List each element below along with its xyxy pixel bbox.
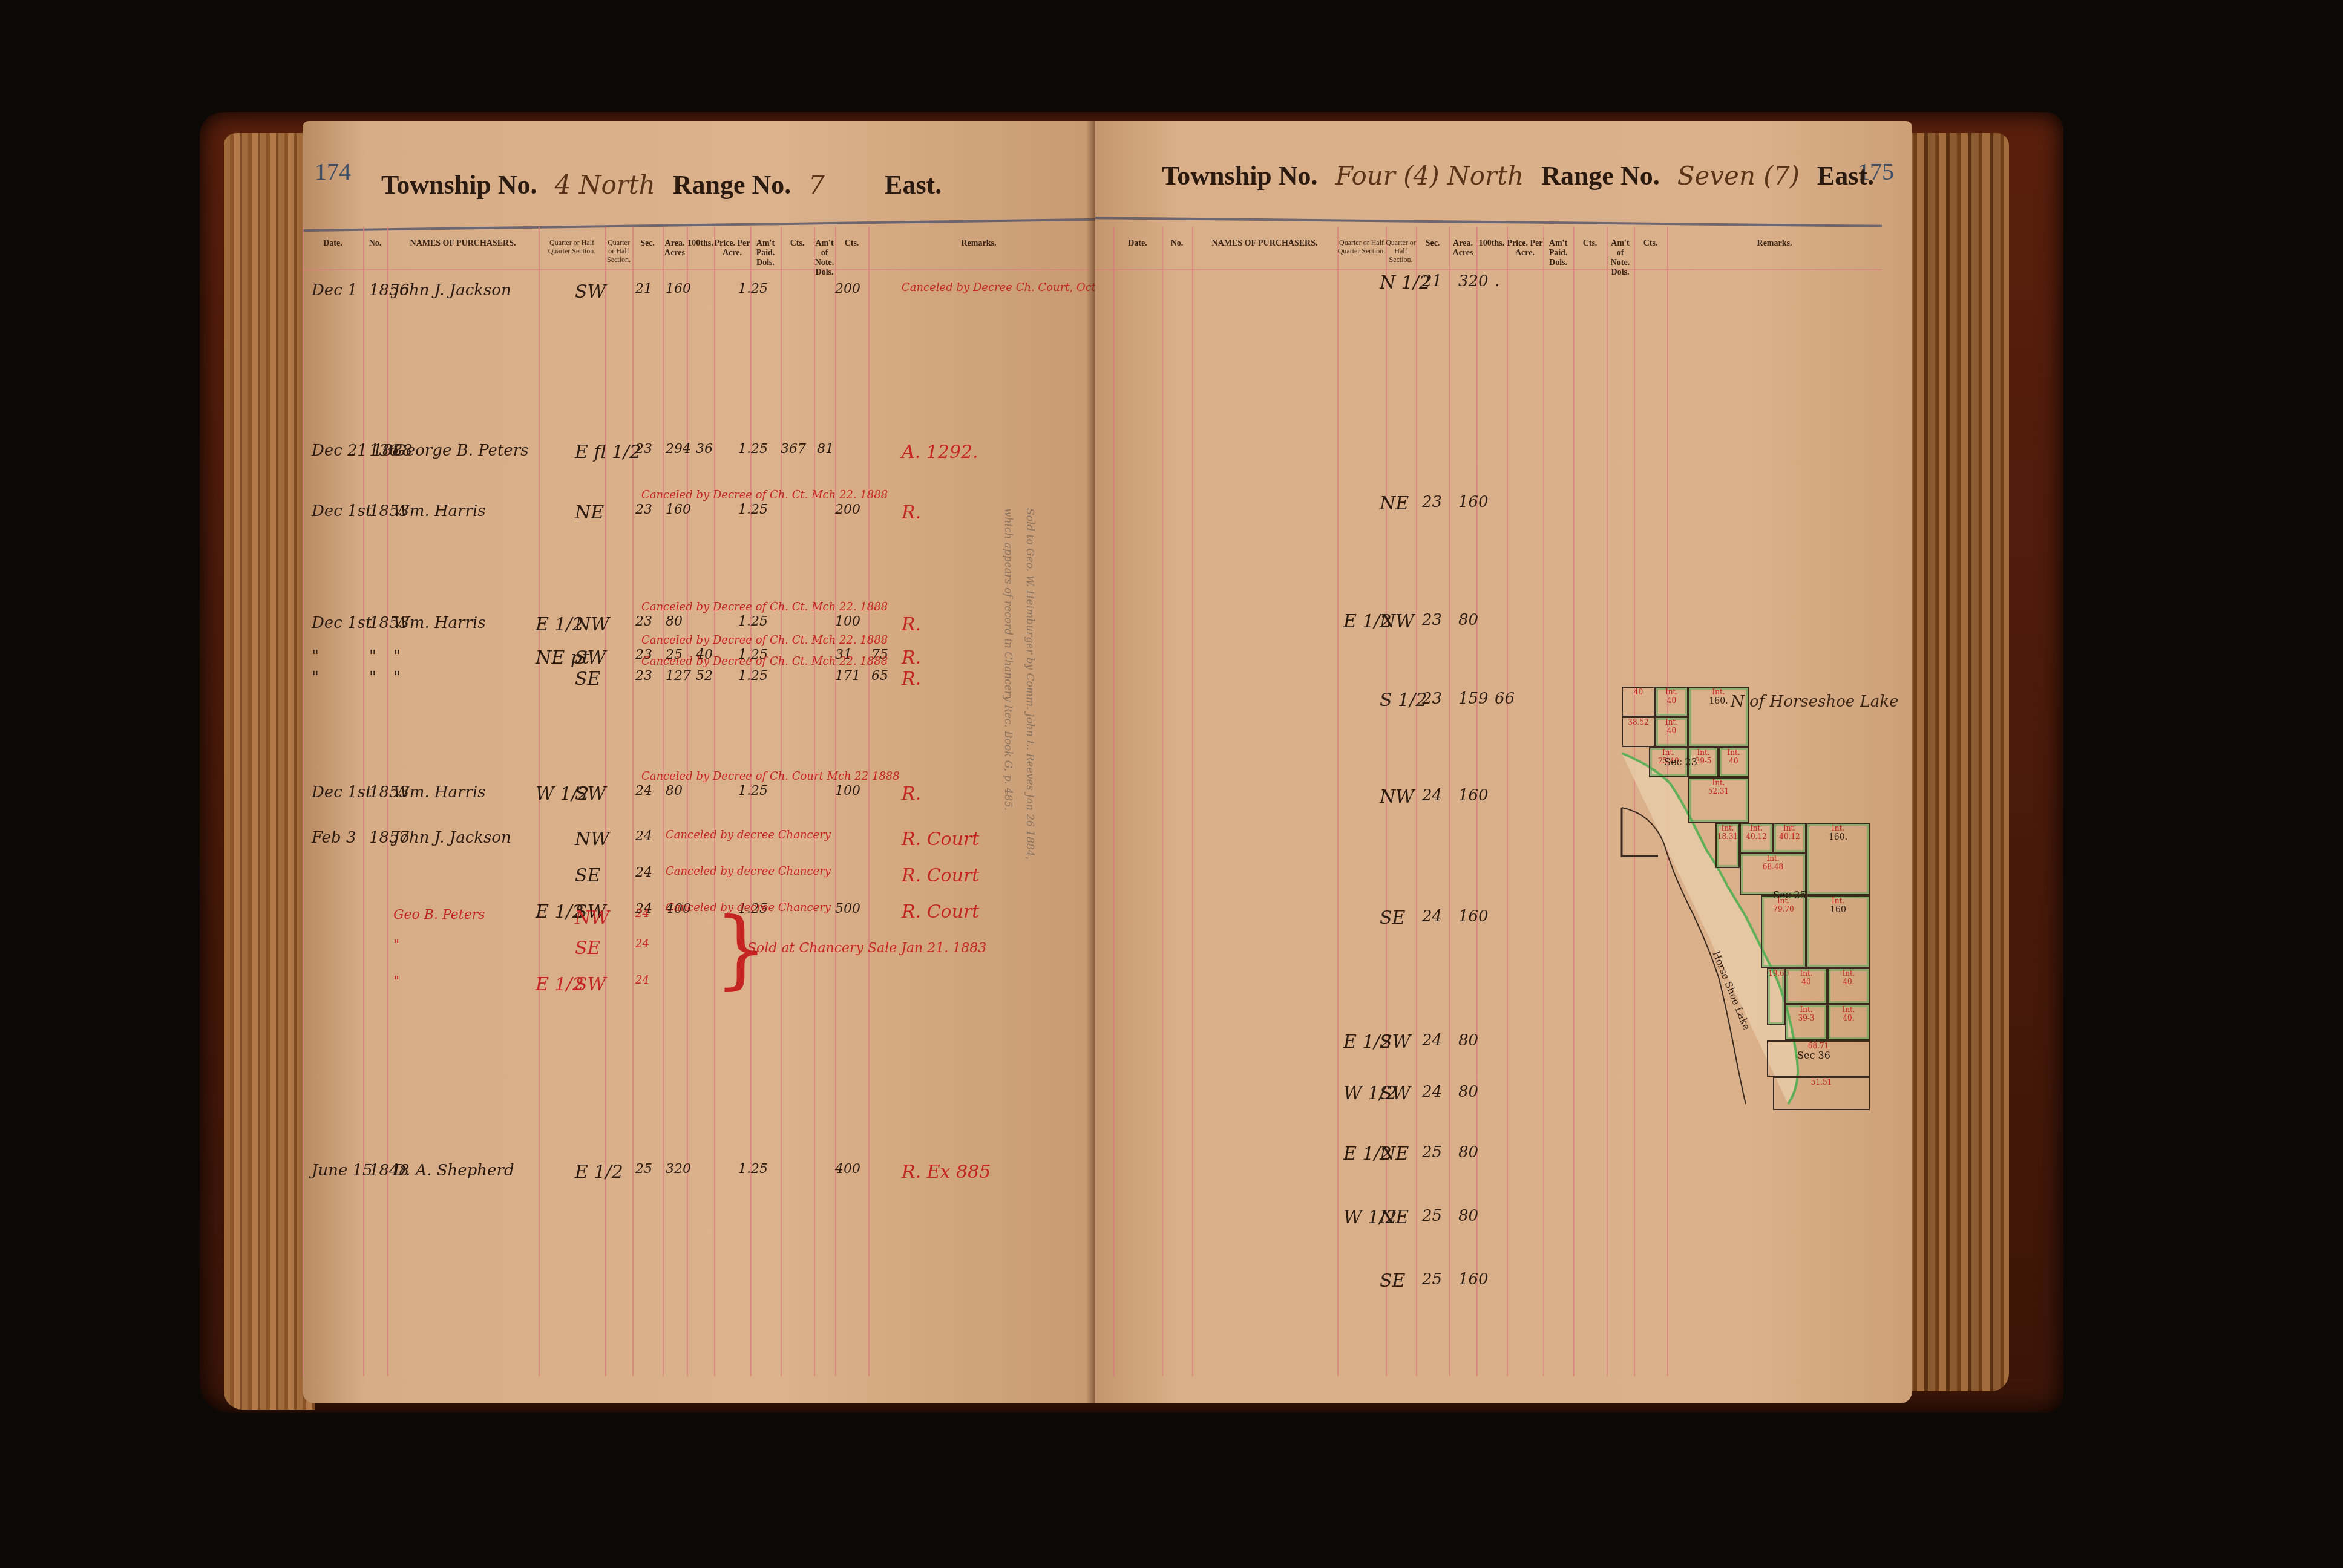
quarter-half-section: NE [1380,1143,1409,1165]
parcel-label: Int. [1786,1005,1826,1014]
map-parcel: 38.52 [1622,717,1655,747]
purchaser-name: Wm. Harris [393,783,486,802]
column-rule [632,227,634,1376]
acres-cell: 160 [1458,493,1489,511]
section-cell: 24 [1422,907,1442,926]
parcel-acreage: 40. [1829,978,1869,986]
column-header: NAMES OF PURCHASERS. [1192,239,1337,249]
price-cell: 1.25 [738,783,768,799]
parcel-acreage: 18.31 [1717,832,1738,841]
acres-cell: 80 [666,783,683,799]
column-header: Remarks. [868,239,1089,249]
column-header: Area. Acres [663,239,687,258]
column-rule [1607,227,1608,1376]
column-header: Cts. [1573,239,1607,249]
parcel-acreage: 40 [1720,757,1748,765]
acres-cell: 294 [666,442,691,457]
direction-label: East. [885,170,942,200]
column-rule [714,227,715,1376]
quarter-half-section: SW [575,281,606,302]
cancellation-annotation: Canceled by Decree of Ch. Ct. Mch 22. 18… [641,489,888,501]
quarter-half-section: SW [575,647,606,668]
number-cell: " [369,647,376,665]
column-header: 100ths. [687,239,714,249]
page-number: 174 [315,157,351,186]
note-dollars: 200 [835,281,860,296]
remarks-cell: R. [902,614,921,635]
column-header: 100ths. [1476,239,1507,249]
note-cents: 65 [871,668,888,684]
quarter-half-section: SE [575,938,600,959]
quarter-half-section: SW [1380,1083,1411,1104]
column-rule [835,227,836,1376]
column-rule [750,227,752,1376]
parcel-acreage: 160. [1807,832,1869,842]
purchaser-name: John J. Jackson [393,281,511,299]
parcel-label: Int. [1741,824,1772,832]
parcel-acreage: 68.71 [1768,1042,1869,1050]
hundredths-cell: 66 [1495,690,1515,708]
map-parcel: Int.40.12 [1773,823,1806,853]
remarks-cell: R. [902,647,921,668]
price-cell: 1.25 [738,1161,768,1177]
cancellation-annotation: Canceled by decree Chancery [666,829,831,841]
cancellation-annotation: Canceled by Decree of Ch. Court Mch 22 1… [641,770,900,783]
parcel-label: Int. [1717,824,1738,832]
note-dollars: 400 [835,1161,860,1177]
price-cell: 1.25 [738,281,768,296]
date-cell: " [312,647,319,665]
column-header: Cts. [1634,239,1667,249]
column-header: Remarks. [1667,239,1882,249]
parcel-label: Int. [1807,824,1869,832]
section-label: Sec 25 [1773,889,1806,901]
parcel-acreage: 68.48 [1741,863,1805,871]
note-dollars: 100 [835,783,860,799]
column-rule [1162,227,1163,1376]
column-rule [663,227,664,1376]
remarks-cell: R. Ex 885 [902,1161,991,1183]
column-header: Date. [303,239,363,249]
pencil-note: Sold to Geo. W. Heimburger by Comm. John… [997,508,1041,871]
section-cell: 25 [1422,1143,1442,1161]
map-parcel: Int.40 [1785,968,1827,1004]
quarter-half-section: NW [1380,611,1414,632]
parcel-acreage: 160 [1807,905,1869,915]
column-rule [387,227,388,1376]
quarter-half-section: NW [575,829,609,850]
section-cell: 24 [635,974,649,987]
quarter-half-section: SW [575,974,606,995]
page-heading: Township No. 4 North Range No. 7 East. [381,169,942,200]
quarter-half-section: NE [1380,493,1409,514]
parcel-label: Int. [1656,688,1687,696]
parcel-label: Int. [1720,748,1748,757]
section-label: Sec 23 [1664,756,1697,768]
column-rule [303,227,304,1376]
section-cell: 23 [635,442,652,457]
range-label: Range No. [1541,161,1660,191]
column-header: Cts. [781,239,814,249]
column-header: Sec. [632,239,663,249]
township-value: 4 North [555,170,655,200]
column-rule [1543,227,1544,1376]
township-label: Township No. [1162,161,1318,191]
date-cell: Dec 1st [312,783,372,802]
map-parcel: Int.52.31 [1688,777,1749,823]
parcel-acreage: 40.12 [1774,832,1805,841]
quarter-half-section: E fl 1/2 [575,442,641,463]
plat-map-sketch: Horse Shoe Lake 40Int.40Int.160.38.52Int… [1616,687,1870,1110]
map-parcel: Int.40 [1719,747,1749,777]
column-rule [1573,227,1575,1376]
map-parcel: 19.60 [1767,968,1785,1025]
note-dollars: 500 [835,901,860,916]
acres-cell: 160 [1458,907,1489,926]
section-cell: 24 [635,907,649,920]
hundredths-cell: . [1495,272,1499,290]
header-rule [303,218,1095,232]
header-underline [303,269,1089,270]
map-parcel: 40 [1622,687,1655,717]
date-cell: Dec 1st [312,614,372,632]
column-header: Cts. [835,239,868,249]
parcel-label: Int. [1786,969,1826,978]
quarter-half-section: NW [575,907,609,929]
cancellation-annotation: Canceled by Decree of Ch. Ct. Mch 22. 18… [641,601,888,613]
purchaser-name: " [393,938,399,953]
column-header: Quarter or Half Section. [605,239,632,264]
parcel-acreage: 79.70 [1762,905,1805,913]
section-cell: 23 [1422,690,1442,708]
map-parcel: Int.18.31 [1715,823,1740,868]
column-header: Am't Paid. Dols. [750,239,781,268]
parcel-acreage: 40 [1656,727,1687,735]
township-label: Township No. [381,170,537,200]
acres-cell: 80 [1458,1031,1478,1050]
price-cell: 1.25 [738,442,768,457]
column-rule [1337,227,1339,1376]
note-dollars: 100 [835,614,860,629]
map-parcel: Int.40. [1827,968,1870,1004]
column-rule [1507,227,1508,1376]
map-parcel: Int.160 [1806,895,1870,968]
date-cell: Feb 3 [312,829,356,847]
parcel-acreage: 40. [1829,1014,1869,1022]
section-label: Sec 36 [1797,1050,1830,1061]
column-header: NAMES OF PURCHASERS. [387,239,539,249]
cancellation-annotation: Canceled by decree Chancery [666,865,831,878]
section-cell: 21 [635,281,652,296]
acres-cell: 320 [1458,272,1489,290]
parcel-label: Int. [1741,854,1805,863]
map-parcel: Int.40.12 [1740,823,1773,853]
range-value: 7 [808,170,825,200]
paid-cents: 81 [817,442,834,457]
remarks-cell: R. Court [902,901,979,923]
right-page: 175 Township No. Four (4) North Range No… [1095,121,1912,1403]
section-cell: 23 [635,668,652,684]
section-cell: 24 [1422,786,1442,805]
quarter-half-section: SW [575,783,606,805]
acres-cell: 127 [666,668,691,684]
parcel-acreage: 39-3 [1786,1014,1826,1022]
section-cell: 24 [1422,1083,1442,1101]
column-header: Area. Acres [1449,239,1476,258]
map-parcel: 51.51 [1773,1077,1870,1110]
section-cell: 24 [1422,1031,1442,1050]
acres-cell: 80 [1458,1143,1478,1161]
quarter-half-section: NW [575,614,609,635]
section-cell: 25 [1422,1207,1442,1225]
map-parcel: Int.160. [1688,687,1749,747]
price-cell: 1.25 [738,614,768,629]
column-header: No. [1162,239,1192,249]
quarter-half-section: SE [575,668,600,690]
purchaser-name: " [393,647,401,665]
acres-cell: 160 [666,502,691,517]
map-parcel: Int.40 [1655,717,1688,747]
price-cell: 1.25 [738,668,768,684]
column-rule [1449,227,1450,1376]
purchaser-name: Wm. Harris [393,502,486,520]
parcel-label: Int. [1689,779,1748,787]
acres-cell: 80 [1458,611,1478,629]
parcel-acreage: 40 [1656,696,1687,705]
note-dollars: 171 [835,668,860,684]
header-rule [1095,217,1882,227]
map-parcel: Int.160. [1806,823,1870,895]
section-cell: 25 [635,1161,652,1177]
section-cell: 23 [1422,493,1442,511]
purchaser-name: George B. Peters [393,442,529,460]
column-rule [687,227,688,1376]
column-header: Sec. [1416,239,1449,249]
column-rule [363,227,364,1376]
cancellation-annotation: Canceled by Decree of Ch. Ct. Mch 22. 18… [641,655,888,668]
column-header: Price. Per Acre. [1507,239,1543,258]
column-header: Am't of Note. Dols. [1607,239,1634,278]
parcel-label: Int. [1689,748,1717,757]
acres-cell: 160 [666,281,691,296]
parcel-label: Int. [1650,748,1687,757]
parcel-label: Int. [1656,718,1687,727]
quarter-half-section: SE [575,865,600,886]
date-cell: Dec 1st [312,502,372,520]
parcel-acreage: 52.31 [1689,787,1748,795]
column-header: Date. [1113,239,1162,249]
parcel-acreage: 40 [1786,978,1826,986]
remarks-cell: R. Court [902,865,979,886]
parcel-label: Int. [1689,688,1748,696]
section-cell: 24 [635,865,652,880]
price-cell: 1.25 [738,502,768,517]
quarter-half-section: SE [1380,907,1405,929]
purchaser-name: Wm. Harris [393,614,486,632]
acres-cell: 160 [1458,1270,1489,1289]
column-rule [814,227,815,1376]
right-page-edges [1906,133,2009,1391]
section-cell: 23 [635,502,652,517]
column-header: Price. Per Acre. [714,239,750,258]
quarter-half-section: SW [1380,1031,1411,1053]
remarks-cell: R. [902,502,921,523]
left-page: 174 Township No. 4 North Range No. 7 Eas… [303,121,1095,1403]
note-dollars: 200 [835,502,860,517]
acres-cell: 80 [1458,1207,1478,1225]
column-header: Am't Paid. Dols. [1543,239,1573,268]
map-parcel: Int.39-3 [1785,1004,1827,1040]
purchaser-name: John J. Jackson [393,829,511,847]
column-rule [1113,227,1115,1376]
purchaser-name: " [393,974,399,989]
bracket-note: Sold at Chancery Sale Jan 21. 1883 [747,941,986,956]
section-cell: 23 [635,614,652,629]
parcel-label: Int. [1774,824,1805,832]
map-parcel: Int.79.70 [1761,895,1806,968]
column-rule [868,227,870,1376]
quarter-half-section: SE [1380,1270,1405,1292]
purchaser-name: " [393,668,401,687]
parcel-label: Int. [1807,897,1869,905]
column-rule [1416,227,1417,1376]
parcel-acreage: 38.52 [1623,718,1654,727]
section-cell: 24 [635,829,652,844]
acres-cell: 80 [1458,1083,1478,1101]
parcel-acreage: 40.12 [1741,832,1772,841]
remarks-cell: R. Court [902,829,979,850]
acres-cell: 80 [666,614,683,629]
parcel-label: Int. [1829,969,1869,978]
date-cell: June 15 [312,1161,373,1180]
acres-cell: 159 [1458,690,1489,708]
remarks-cell: R. [902,783,921,805]
date-cell: " [312,668,319,687]
parcel-acreage: 160. [1689,696,1748,706]
map-parcel: Int.40 [1655,687,1688,717]
paid-dollars: 367 [781,442,806,457]
section-cell: 21 [1422,272,1442,290]
quarter-half-section: NE [575,502,604,523]
column-rule [1192,227,1193,1376]
column-header: Quarter or Half Quarter Section. [1337,239,1386,256]
direction-label: East. [1817,161,1874,191]
parcel-acreage: 19.60 [1768,969,1784,978]
range-label: Range No. [673,170,791,200]
column-header: Quarter or Half Section. [1386,239,1416,264]
section-cell: 24 [635,938,649,950]
acres-cell: 320 [666,1161,691,1177]
quarter-half-section: NW [1380,786,1414,808]
quarter-half-section: NE [1380,1207,1409,1228]
parcel-acreage: 40 [1623,688,1654,696]
cancellation-annotation: Canceled by Decree of Ch. Ct. Mch 22. 18… [641,634,888,647]
quarter-half-section: S 1/2 [1380,690,1427,711]
number-cell: " [369,668,376,687]
hundredths-cell: 36 [696,442,713,457]
page-heading: Township No. Four (4) North Range No. Se… [1162,160,1874,191]
hundredths-cell: 52 [696,668,713,684]
column-header: No. [363,239,387,249]
purchaser-name: D. A. Shepherd [393,1161,514,1180]
section-cell: 24 [635,783,652,799]
column-header: Am't of Note. Dols. [814,239,835,278]
header-underline [1095,269,1882,270]
date-cell: Dec 1 [312,281,358,299]
column-rule [781,227,782,1376]
purchaser-name: Geo B. Peters [393,907,485,923]
map-parcel: Int.40. [1827,1004,1870,1040]
section-cell: 23 [1422,611,1442,629]
range-value: Seven (7) [1677,161,1800,191]
parcel-label: Int. [1829,1005,1869,1014]
remarks-cell: A. 1292. [902,442,978,463]
township-value: Four (4) North [1335,161,1524,191]
quarter-half-section: E 1/2 [575,1161,623,1183]
section-cell: 25 [1422,1270,1442,1289]
left-page-edges [224,133,315,1410]
remarks-cell: R. [902,668,921,690]
acres-cell: 160 [1458,786,1489,805]
column-header: Quarter or Half Quarter Section. [539,239,605,256]
parcel-acreage: 51.51 [1774,1078,1869,1086]
